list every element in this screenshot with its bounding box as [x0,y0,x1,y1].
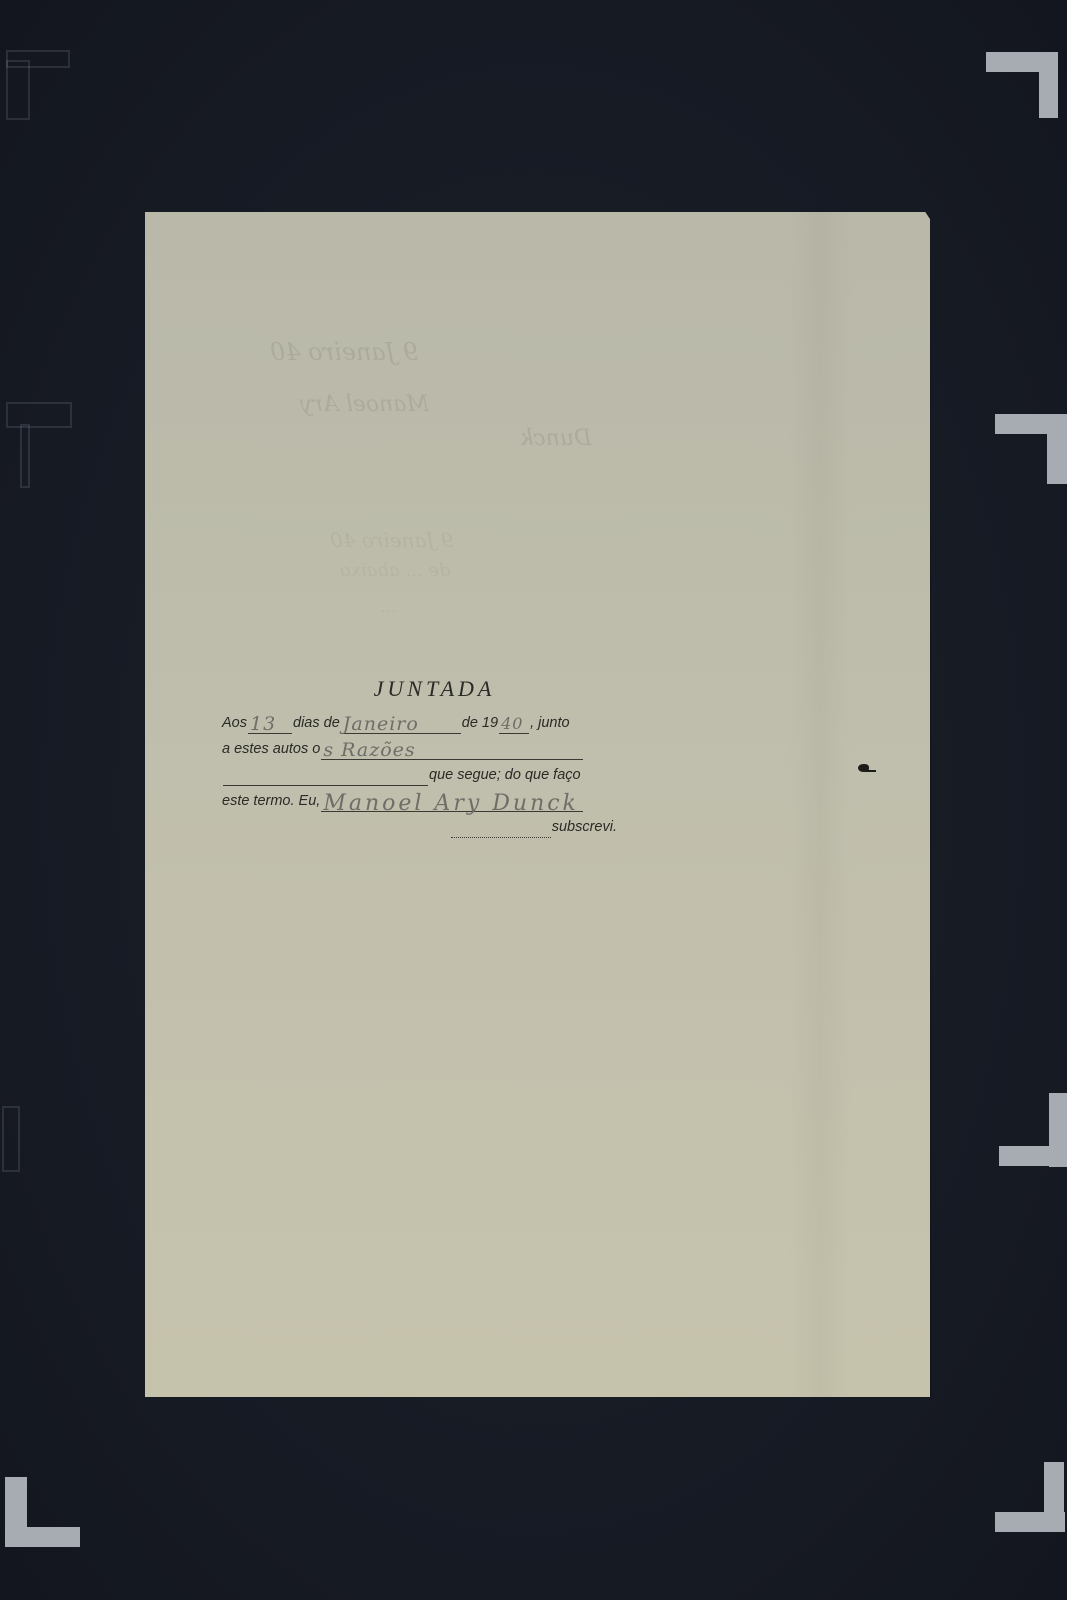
label-aos: Aos [222,712,247,734]
bleed-through-line-5: de ... abaixo [340,560,451,581]
juntada-form: JUNTADA Aos 13 dias de Janeiro de 19 40 … [222,676,617,838]
day-value: 13 [250,713,276,735]
label-que-segue: que segue; do que faço [429,764,581,786]
ghost-marker-mid-left-stem [20,424,30,488]
marker-mid-right-v [1047,414,1067,484]
label-este-termo: este termo. Eu, [222,790,320,812]
marker-low-right-h [999,1146,1067,1166]
year-value: 40 [501,713,523,735]
form-line-2: a estes autos o s Razões [222,734,617,760]
signature-field[interactable]: Manoel Ary Dunck [321,793,583,812]
form-line-1: Aos 13 dias de Janeiro de 19 40 , junto [222,708,617,734]
bleed-through-line-1: 9 Janeiro 40 [270,338,418,366]
month-value: Janeiro [343,713,419,735]
subscrevi-field[interactable] [451,819,551,838]
label-dias-de: dias de [293,712,340,734]
marker-bottom-right-h [995,1512,1065,1532]
form-line-4: este termo. Eu, Manoel Ary Dunck [222,786,617,812]
item-field[interactable]: s Razões [321,741,583,760]
form-line-3: que segue; do que faço [222,760,617,786]
ghost-marker-mid-left [6,402,72,428]
ghost-marker-low-left [2,1106,20,1172]
form-line-5: subscrevi. [222,812,617,838]
month-field[interactable]: Janeiro [341,715,461,734]
marker-top-right-v [1039,52,1058,118]
label-a-estes-autos: a estes autos o [222,738,320,760]
label-de-19: de 19 [462,712,498,734]
bleed-through-line-4: 9 Janeiro 40 [330,528,454,552]
form-title: JUNTADA [252,676,617,702]
bleed-through-line-2: Manoel Ary [300,392,429,417]
item-value: s Razões [323,739,415,761]
label-subscrevi: subscrevi. [552,816,617,838]
bleed-through-line-6: ... [380,596,397,617]
ink-blot-tail [866,770,876,772]
label-junto: , junto [530,712,570,734]
day-field[interactable]: 13 [248,715,292,734]
year-field[interactable]: 40 [499,715,529,734]
bleed-through-line-3: Dunck [520,426,592,451]
continuation-field[interactable] [223,767,428,786]
ghost-marker-top-left-stem [6,60,30,120]
marker-bottom-left-h [5,1527,80,1547]
